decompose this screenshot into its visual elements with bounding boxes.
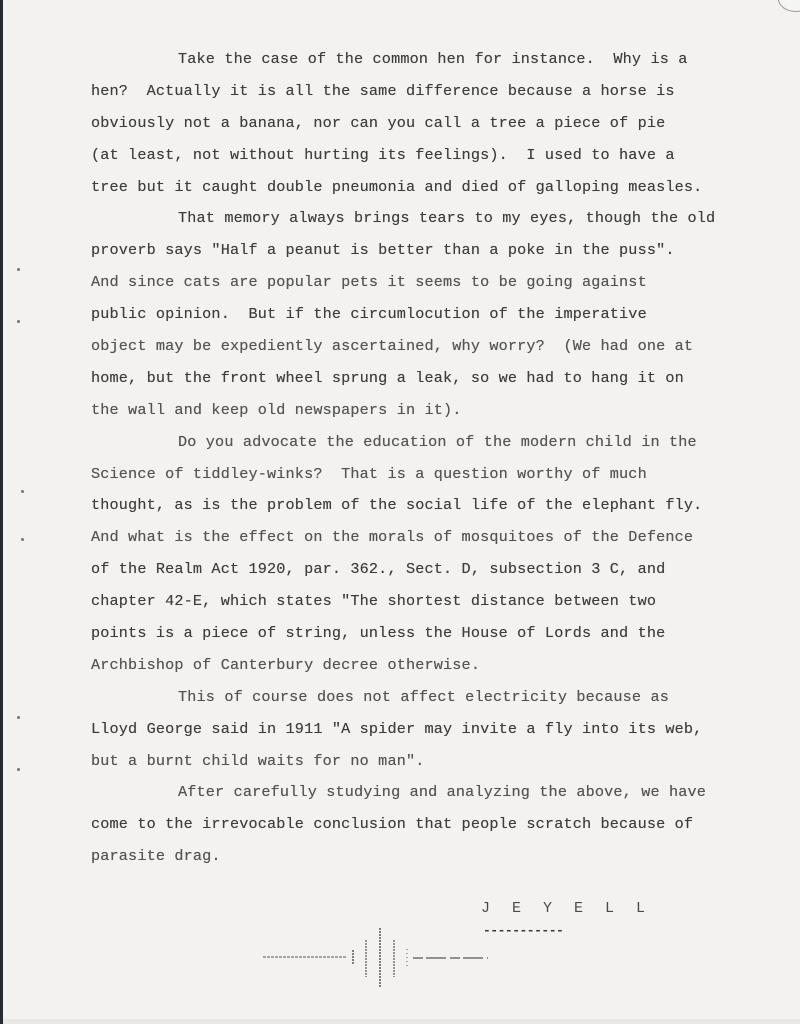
text-line: object may be expediently ascertained, w… [91,331,731,363]
text-line: Science of tiddley-winks? That is a ques… [91,459,731,491]
text-line: but a burnt child waits for no man". [91,746,731,778]
margin-speck [21,538,24,541]
typewritten-page: Take the case of the common hen for inst… [0,0,800,1024]
text-line: Lloyd George said in 1911 "A spider may … [91,714,731,746]
body-text: Take the case of the common hen for inst… [91,44,731,873]
margin-speck [17,768,20,771]
text-line: thought, as is the problem of the social… [91,490,731,522]
margin-speck [17,320,20,323]
text-line: home, but the front wheel sprung a leak,… [91,363,731,395]
page-corner-curl [778,0,800,12]
text-line: the wall and keep old newspapers in it). [91,395,731,427]
text-line: obviously not a banana, nor can you call… [91,108,731,140]
text-line: come to the irrevocable conclusion that … [91,809,731,841]
text-line: And what is the effect on the morals of … [91,522,731,554]
text-line: That memory always brings tears to my ey… [91,203,731,235]
signature: J E Y E L L [481,900,652,917]
text-line: Do you advocate the education of the mod… [91,427,731,459]
margin-speck [17,716,20,719]
text-line: proverb says "Half a peanut is better th… [91,235,731,267]
text-line: of the Realm Act 1920, par. 362., Sect. … [91,554,731,586]
text-line: This of course does not affect electrici… [91,682,731,714]
text-line: points is a piece of string, unless the … [91,618,731,650]
text-line: hen? Actually it is all the same differe… [91,76,731,108]
text-line: parasite drag. [91,841,731,873]
text-line: Archbishop of Canterbury decree otherwis… [91,650,731,682]
margin-speck [21,490,24,493]
text-line: And since cats are popular pets it seems… [91,267,731,299]
text-line: (at least, not without hurting its feeli… [91,140,731,172]
text-line: tree but it caught double pneumonia and … [91,172,731,204]
margin-speck [17,268,20,271]
text-line: Take the case of the common hen for inst… [91,44,731,76]
text-line: chapter 42-E, which states "The shortest… [91,586,731,618]
text-line: After carefully studying and analyzing t… [91,777,731,809]
decorative-divider-icon [258,925,498,990]
text-line: public opinion. But if the circumlocutio… [91,299,731,331]
